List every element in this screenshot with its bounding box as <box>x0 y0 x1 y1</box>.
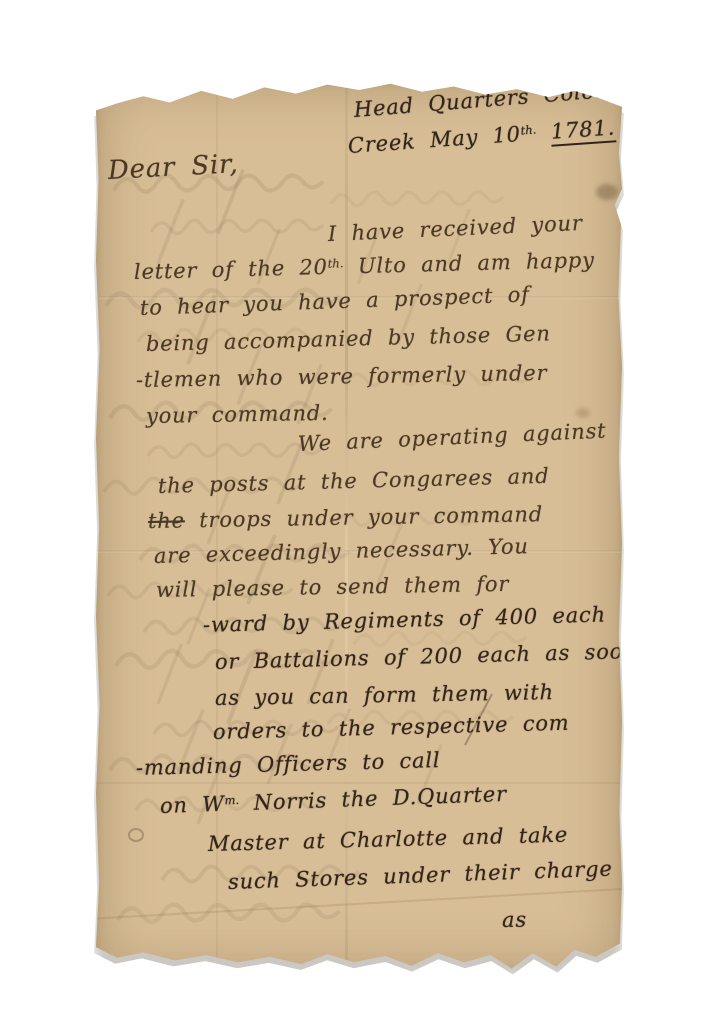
edge-tear-shadow <box>596 184 618 200</box>
dateline-ordinal-superscript: th. <box>520 122 537 137</box>
struck-word: the <box>148 508 185 533</box>
abbreviation-superscript: m. <box>224 793 239 808</box>
dateline-year-underlined: 1781. <box>550 115 616 146</box>
letter-line: your command. <box>146 401 329 428</box>
ink-ring-stain <box>128 828 144 842</box>
scanned-letter-page: Head Quarters Colonels Creek May 10th. 1… <box>0 0 712 1024</box>
line-text: letter of the 20 <box>134 255 328 284</box>
paper-stain <box>576 408 590 418</box>
catchword: as <box>502 908 527 932</box>
letter-paper: Head Quarters Colonels Creek May 10th. 1… <box>96 82 622 972</box>
line-text: on W <box>160 792 225 818</box>
ordinal-superscript: th. <box>328 256 344 270</box>
